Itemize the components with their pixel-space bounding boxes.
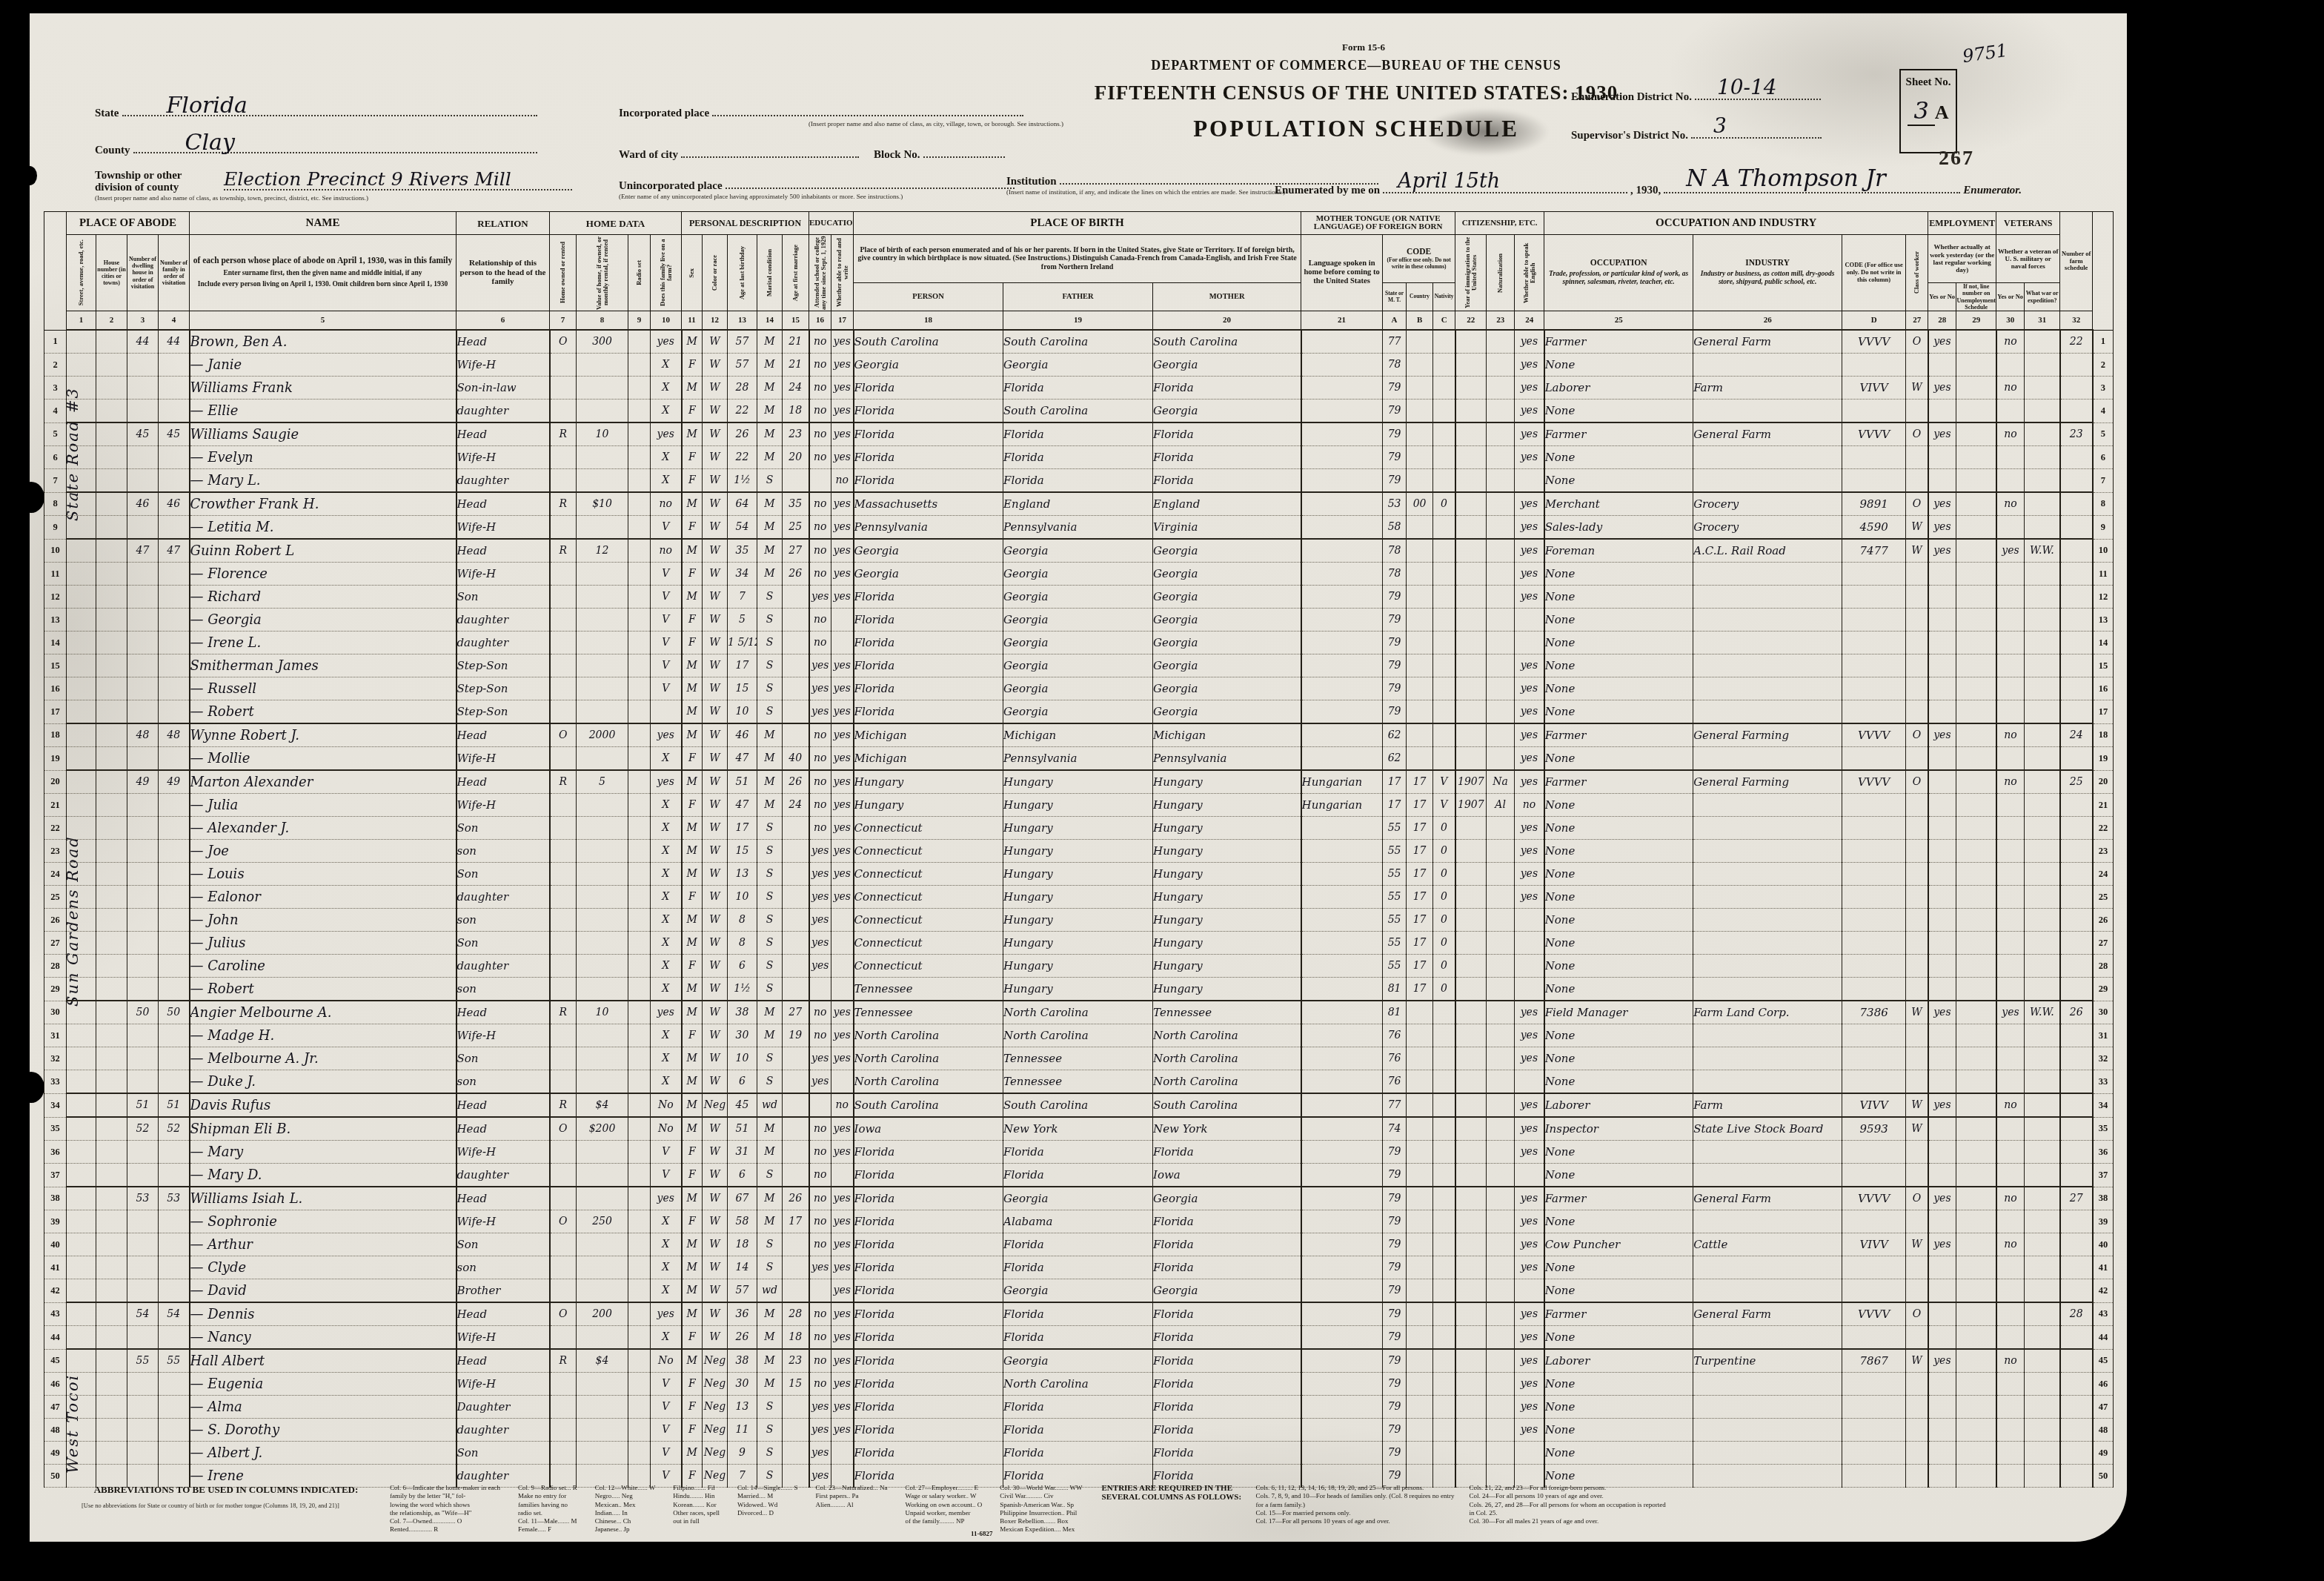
cell-war	[2025, 677, 2060, 700]
cell-read: yes	[831, 1326, 854, 1350]
cell-tongue	[1301, 978, 1383, 1001]
cell-age: 15	[728, 677, 757, 700]
cell-pob-mother: Georgia	[1153, 677, 1301, 700]
cell-marital: M	[757, 794, 783, 817]
cell-age: 22	[728, 400, 757, 423]
cell-industry	[1693, 886, 1842, 909]
cell-english: yes	[1515, 886, 1544, 909]
cell-street	[67, 909, 96, 932]
cell-dwelling	[127, 1141, 159, 1164]
cell-read: yes	[831, 886, 854, 909]
cell-radio	[628, 422, 651, 446]
column-number: 29	[1956, 311, 1996, 331]
line-number: 16	[2093, 677, 2114, 700]
cell-school: no	[809, 1141, 831, 1164]
cell-age: 26	[728, 422, 757, 446]
line-number: 42	[44, 1279, 67, 1303]
cell-radio	[628, 1373, 651, 1396]
cell-age-marriage	[783, 1164, 809, 1187]
line-number: 8	[44, 492, 67, 516]
cell-imm	[1455, 539, 1487, 563]
cell-pob-father: Hungary	[1003, 978, 1153, 1001]
cell-street	[67, 539, 96, 563]
cell-emp	[1928, 1302, 1956, 1326]
line-number: 6	[44, 446, 67, 469]
cell-relation: Wife-H	[456, 354, 550, 377]
cell-vet	[1996, 1164, 2025, 1187]
cell-dwelling	[127, 446, 159, 469]
cell-school: no	[809, 377, 831, 400]
cell-english: yes	[1515, 1047, 1544, 1070]
cell-codeC	[1433, 1326, 1455, 1350]
cell-name: — John	[190, 909, 456, 932]
cell-worker: O	[1906, 723, 1928, 747]
cell-tongue	[1301, 1141, 1383, 1164]
cell-name: — Caroline	[190, 955, 456, 978]
cell-industry	[1693, 1326, 1842, 1350]
cell-worker	[1906, 400, 1928, 423]
cell-codeA: 17	[1383, 794, 1407, 817]
cell-family	[159, 886, 190, 909]
cell-codeD	[1842, 863, 1906, 886]
cell-age-marriage: 17	[783, 1210, 809, 1233]
cell-farm-sched	[2060, 354, 2093, 377]
cell-industry	[1693, 400, 1842, 423]
abbreviation-line: Col. 9—Radio set... R	[518, 1484, 577, 1492]
cell-race: W	[703, 863, 728, 886]
cell-marital: M	[757, 563, 783, 586]
abbreviation-line: Col. 14—Single....... S	[737, 1484, 798, 1492]
cell-pob: Florida	[854, 1373, 1003, 1396]
cell-war	[2025, 770, 2060, 794]
cell-pob: Connecticut	[854, 840, 1003, 863]
cell-race: W	[703, 978, 728, 1001]
cell-school	[809, 1093, 831, 1117]
cell-emp	[1928, 469, 1956, 493]
cell-emp	[1928, 400, 1956, 423]
cell-codeB	[1407, 1396, 1433, 1419]
cell-english: yes	[1515, 1349, 1544, 1373]
table-row: 29— RobertsonXMW1½STennesseeHungaryHunga…	[44, 978, 2114, 1001]
line-number: 47	[2093, 1396, 2114, 1419]
cell-pob: Florida	[854, 1279, 1003, 1303]
cell-marital: M	[757, 539, 783, 563]
table-row: 21— JuliaWife-HXFW47M24noyesHungaryHunga…	[44, 794, 2114, 817]
cell-read	[831, 632, 854, 654]
cell-codeB	[1407, 539, 1433, 563]
cell-worker: O	[1906, 1187, 1928, 1210]
cell-radio	[628, 516, 651, 540]
cell-name: Williams Isiah L.	[190, 1187, 456, 1210]
cell-relation: Son-in-law	[456, 377, 550, 400]
cell-radio	[628, 817, 651, 840]
cell-marital: M	[757, 1302, 783, 1326]
cell-read: no	[831, 1093, 854, 1117]
cell-radio	[628, 354, 651, 377]
cell-codeA: 79	[1383, 1302, 1407, 1326]
cell-relation: Step-Son	[456, 700, 550, 724]
cell-imm	[1455, 1396, 1487, 1419]
column-number: 31	[2025, 311, 2060, 331]
occupation-title: OCCUPATION	[1544, 259, 1693, 268]
col-mother: MOTHER	[1153, 283, 1301, 311]
line-number: 36	[44, 1141, 67, 1164]
cell-dwelling	[127, 1326, 159, 1350]
cell-family	[159, 563, 190, 586]
cell-owned	[550, 932, 577, 955]
col-language: Language spoken in home before coming to…	[1301, 235, 1383, 311]
cell-worker	[1906, 563, 1928, 586]
cell-worker	[1906, 1279, 1928, 1303]
cell-codeC	[1433, 1001, 1455, 1024]
cell-marital: S	[757, 955, 783, 978]
cell-farm-sched: 25	[2060, 770, 2093, 794]
cell-vet	[1996, 886, 2025, 909]
cell-codeC	[1433, 1070, 1455, 1094]
cell-codeC	[1433, 330, 1455, 354]
cell-farm-sched	[2060, 632, 2093, 654]
abbreviation-line: Married.... M	[737, 1492, 798, 1500]
industry-title: INDUSTRY	[1693, 259, 1842, 268]
cell-race: W	[703, 932, 728, 955]
cell-school: no	[809, 817, 831, 840]
cell-farm: yes	[651, 770, 682, 794]
cell-name: — Irene L.	[190, 632, 456, 654]
column-number: 4	[159, 311, 190, 331]
abbreviations-block: ABBREVIATIONS TO BE USED IN COLUMNS INDI…	[82, 1484, 371, 1509]
cell-radio	[628, 1210, 651, 1233]
cell-race: W	[703, 516, 728, 540]
cell-age: 17	[728, 817, 757, 840]
cell-relation: Head	[456, 1093, 550, 1117]
abbreviation-column: Col. 30—World War........ WWCivil War...…	[1000, 1484, 1082, 1534]
cell-war	[2025, 1117, 2060, 1141]
cell-house	[96, 469, 127, 493]
cell-dwelling	[127, 700, 159, 724]
cell-radio	[628, 654, 651, 677]
cell-nat	[1487, 1326, 1515, 1350]
sheet-label: Sheet No.	[1901, 76, 1956, 89]
cell-codeB	[1407, 1279, 1433, 1303]
cell-school: no	[809, 632, 831, 654]
cell-relation: Head	[456, 422, 550, 446]
cell-codeB	[1407, 563, 1433, 586]
cell-emp-line	[1956, 1047, 1996, 1070]
cell-codeD	[1842, 354, 1906, 377]
cell-farm: V	[651, 1141, 682, 1164]
cell-pob: Massachusetts	[854, 492, 1003, 516]
cell-english: yes	[1515, 586, 1544, 609]
cell-age: 30	[728, 1373, 757, 1396]
cell-pob: Pennsylvania	[854, 516, 1003, 540]
line-number: 33	[2093, 1070, 2114, 1094]
cell-name: — Georgia	[190, 609, 456, 632]
print-code: 11-6827	[971, 1530, 993, 1537]
cell-value	[577, 978, 628, 1001]
cell-pob-mother: Florida	[1153, 1141, 1301, 1164]
cell-vet: no	[1996, 422, 2025, 446]
table-row: 7— Mary L.daughterXFW1½SnoFloridaFlorida…	[44, 469, 2114, 493]
sd-field: Supervisor's District No. 3	[1571, 129, 1822, 142]
abbreviation-line: Unpaid worker, member	[906, 1509, 983, 1517]
cell-codeD	[1842, 1141, 1906, 1164]
table-row: 40— ArthurSonXMW18SnoyesFloridaFloridaFl…	[44, 1233, 2114, 1256]
cell-war	[2025, 1326, 2060, 1350]
cell-race: Neg	[703, 1419, 728, 1442]
cell-farm: V	[651, 654, 682, 677]
cell-pob-father: England	[1003, 492, 1153, 516]
cell-codeA: 79	[1383, 1141, 1407, 1164]
cell-codeC: 0	[1433, 955, 1455, 978]
cell-radio	[628, 1047, 651, 1070]
column-number: 18	[854, 311, 1003, 331]
line-number: 48	[2093, 1419, 2114, 1442]
cell-imm	[1455, 516, 1487, 540]
cell-owned	[550, 677, 577, 700]
cell-name: — Richard	[190, 586, 456, 609]
cell-emp-line	[1956, 1070, 1996, 1094]
cell-radio	[628, 1187, 651, 1210]
cell-name: Guinn Robert L	[190, 539, 456, 563]
cell-codeB	[1407, 723, 1433, 747]
cell-family	[159, 1070, 190, 1094]
cell-codeD: VVVV	[1842, 422, 1906, 446]
line-number: 27	[44, 932, 67, 955]
cell-farm: yes	[651, 422, 682, 446]
cell-read: yes	[831, 446, 854, 469]
cell-occupation: None	[1544, 932, 1693, 955]
cell-occupation: None	[1544, 1442, 1693, 1465]
cell-pob-mother: Hungary	[1153, 817, 1301, 840]
cell-value: $10	[577, 492, 628, 516]
cell-age-marriage	[783, 886, 809, 909]
cell-occupation: None	[1544, 609, 1693, 632]
cell-worker	[1906, 1373, 1928, 1396]
cell-owned: R	[550, 1349, 577, 1373]
cell-family	[159, 469, 190, 493]
cell-read	[831, 955, 854, 978]
block-label: Block No.	[874, 149, 920, 161]
cell-pob-father: Georgia	[1003, 1187, 1153, 1210]
column-number: 14	[757, 311, 783, 331]
cell-value: 250	[577, 1210, 628, 1233]
cell-pob-mother: South Carolina	[1153, 1093, 1301, 1117]
cell-farm: X	[651, 446, 682, 469]
cell-sex: M	[682, 1349, 703, 1373]
cell-house	[96, 354, 127, 377]
form-number: Form 15-6	[1289, 42, 1438, 53]
col-naturalization: Naturalization	[1487, 235, 1515, 311]
name-desc-2: Enter surname first, then the given name…	[190, 270, 456, 278]
incorporated-label: Incorporated place	[619, 107, 709, 119]
col-sex: Sex	[682, 235, 703, 311]
cell-codeA: 77	[1383, 330, 1407, 354]
cell-farm: X	[651, 794, 682, 817]
cell-owned	[550, 1279, 577, 1303]
cell-race: W	[703, 747, 728, 771]
cell-emp	[1928, 1024, 1956, 1047]
cell-farm-sched: 22	[2060, 330, 2093, 354]
abbreviation-line: Mexican.. Mex	[595, 1501, 656, 1509]
cell-value	[577, 677, 628, 700]
cell-imm	[1455, 1442, 1487, 1465]
cell-farm: X	[651, 400, 682, 423]
cell-farm-sched	[2060, 1093, 2093, 1117]
abbreviation-line: First papers.. Pa	[816, 1492, 888, 1500]
cell-vet	[1996, 654, 2025, 677]
cell-school: no	[809, 747, 831, 771]
cell-english: no	[1515, 794, 1544, 817]
cell-relation: Head	[456, 1302, 550, 1326]
cell-school: yes	[809, 1070, 831, 1094]
cell-pob-father: Florida	[1003, 1164, 1153, 1187]
cell-imm	[1455, 747, 1487, 771]
cell-name: Williams Frank	[190, 377, 456, 400]
cell-marital: S	[757, 654, 783, 677]
cell-english: yes	[1515, 1187, 1544, 1210]
cell-value	[577, 1164, 628, 1187]
cell-industry	[1693, 1442, 1842, 1465]
cell-emp	[1928, 770, 1956, 794]
line-number: 23	[2093, 840, 2114, 863]
cell-farm-sched: 24	[2060, 723, 2093, 747]
cell-pob-father: Florida	[1003, 1302, 1153, 1326]
cell-dwelling	[127, 1164, 159, 1187]
col-industry: INDUSTRY Industry or business, as cotton…	[1693, 235, 1842, 311]
cell-codeB: 17	[1407, 955, 1433, 978]
cell-sex: M	[682, 932, 703, 955]
cell-nat	[1487, 516, 1515, 540]
cell-radio	[628, 909, 651, 932]
cell-family	[159, 863, 190, 886]
cell-war	[2025, 446, 2060, 469]
cell-codeA: 79	[1383, 609, 1407, 632]
cell-dwelling	[127, 955, 159, 978]
cell-occupation: None	[1544, 1164, 1693, 1187]
cell-war	[2025, 330, 2060, 354]
cell-war	[2025, 609, 2060, 632]
cell-name: — S. Dorothy	[190, 1419, 456, 1442]
cell-english: yes	[1515, 400, 1544, 423]
cell-read: yes	[831, 677, 854, 700]
cell-radio	[628, 492, 651, 516]
cell-codeC: V	[1433, 794, 1455, 817]
cell-pob-mother: Tennessee	[1153, 1001, 1301, 1024]
cell-codeA: 79	[1383, 1210, 1407, 1233]
cell-relation: Daughter	[456, 1396, 550, 1419]
cell-age: 13	[728, 1396, 757, 1419]
cell-farm: yes	[651, 330, 682, 354]
cell-tongue	[1301, 723, 1383, 747]
line-number: 6	[2093, 446, 2114, 469]
cell-race: W	[703, 1279, 728, 1303]
cell-occupation: Field Manager	[1544, 1001, 1693, 1024]
col-radio: Radio set	[628, 235, 651, 311]
cell-codeB	[1407, 1210, 1433, 1233]
cell-pob-mother: Iowa	[1153, 1164, 1301, 1187]
table-row: 6— EvelynWife-HXFW22M20noyesFloridaFlori…	[44, 446, 2114, 469]
cell-value: 10	[577, 1001, 628, 1024]
cell-pob: Florida	[854, 677, 1003, 700]
cell-pob: Michigan	[854, 723, 1003, 747]
cell-radio	[628, 446, 651, 469]
cell-marital: S	[757, 886, 783, 909]
cell-codeB: 17	[1407, 886, 1433, 909]
cell-pob: Florida	[854, 1419, 1003, 1442]
cell-codeA: 78	[1383, 354, 1407, 377]
cell-school: yes	[809, 654, 831, 677]
cell-school: no	[809, 1349, 831, 1373]
cell-nat	[1487, 747, 1515, 771]
cell-pob-father: Michigan	[1003, 723, 1153, 747]
cell-race: W	[703, 1070, 728, 1094]
cell-read: yes	[831, 1279, 854, 1303]
line-number: 7	[2093, 469, 2114, 493]
cell-nat	[1487, 700, 1515, 724]
group-personal-description: PERSONAL DESCRIPTION	[682, 212, 809, 235]
cell-age-marriage	[783, 1279, 809, 1303]
cell-codeA: 79	[1383, 1326, 1407, 1350]
line-number: 29	[44, 978, 67, 1001]
cell-pob-mother: Hungary	[1153, 955, 1301, 978]
cell-family	[159, 1373, 190, 1396]
cell-vet	[1996, 1302, 2025, 1326]
cell-farm-sched	[2060, 794, 2093, 817]
cell-pob: Tennessee	[854, 1001, 1003, 1024]
cell-read: yes	[831, 770, 854, 794]
abbreviations-title: ABBREVIATIONS TO BE USED IN COLUMNS INDI…	[82, 1484, 371, 1496]
cell-age: 31	[728, 1141, 757, 1164]
cell-nat	[1487, 354, 1515, 377]
cell-vet	[1996, 586, 2025, 609]
cell-tongue	[1301, 516, 1383, 540]
cell-emp-line	[1956, 770, 1996, 794]
cell-name: — Alexander J.	[190, 817, 456, 840]
cell-english	[1515, 955, 1544, 978]
cell-occupation: None	[1544, 563, 1693, 586]
cell-family: 50	[159, 1001, 190, 1024]
cell-street	[67, 1256, 96, 1279]
cell-family	[159, 1279, 190, 1303]
line-number: 27	[2093, 932, 2114, 955]
table-row: 13— GeorgiadaughterVFW5SnoFloridaGeorgia…	[44, 609, 2114, 632]
cell-relation: Head	[456, 1117, 550, 1141]
cell-emp-line	[1956, 1117, 1996, 1141]
cell-relation: Head	[456, 539, 550, 563]
table-row: 26— JohnsonXMW8SyesConnecticutHungaryHun…	[44, 909, 2114, 932]
cell-codeD	[1842, 586, 1906, 609]
cell-english: yes	[1515, 492, 1544, 516]
cell-nat	[1487, 677, 1515, 700]
cell-industry: Farm	[1693, 377, 1842, 400]
cell-value	[577, 400, 628, 423]
cell-school	[809, 1279, 831, 1303]
table-row: 15Smitherman JamesStep-SonVMW17SyesyesFl…	[44, 654, 2114, 677]
cell-house	[96, 747, 127, 771]
cell-race: W	[703, 1210, 728, 1233]
cell-value	[577, 1419, 628, 1442]
cell-relation: daughter	[456, 609, 550, 632]
cell-worker	[1906, 1442, 1928, 1465]
cell-tongue	[1301, 1001, 1383, 1024]
cell-farm: X	[651, 1070, 682, 1094]
col-code-d: CODE (For office use only. Do not write …	[1842, 235, 1906, 311]
cell-occupation: None	[1544, 817, 1693, 840]
cell-owned	[550, 909, 577, 932]
cell-age-marriage	[783, 840, 809, 863]
cell-vet: no	[1996, 1187, 2025, 1210]
cell-codeC	[1433, 1256, 1455, 1279]
